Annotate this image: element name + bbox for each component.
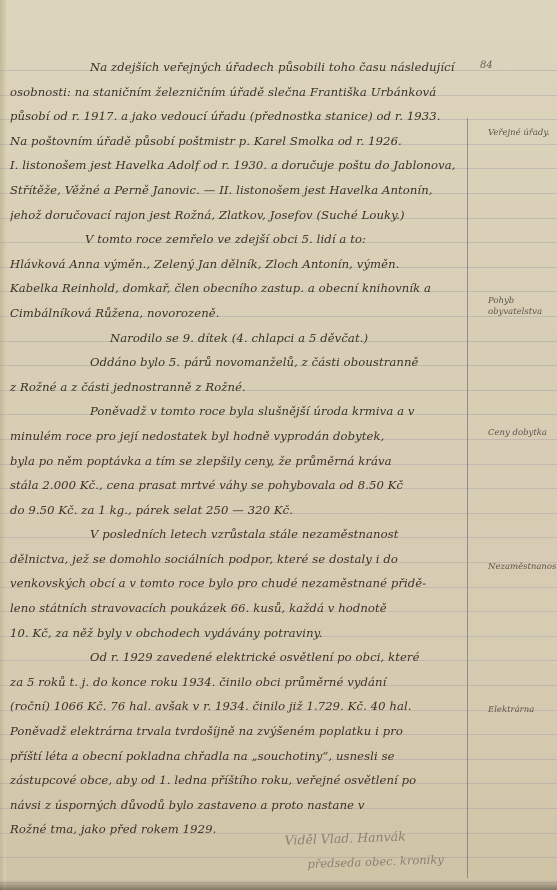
margin-note: Elektrárna (488, 705, 556, 716)
text-line: zástupcové obce, aby od 1. ledna příštíh… (10, 768, 465, 793)
text-line: (roční) 1066 Kč. 76 hal. avšak v r. 1934… (10, 694, 465, 719)
text-line: osobnosti: na staničním železničním úřad… (10, 80, 465, 105)
text-line: za 5 roků t. j. do konce roku 1934. čini… (10, 670, 465, 695)
margin-note: Ceny dobytka (488, 428, 556, 439)
margin-note: Nezaměstnanost (488, 562, 556, 573)
signature-title: předseda obec. kroniky (285, 847, 444, 877)
text-line: 10. Kč, za něž byly v obchodech vydávány… (10, 621, 465, 646)
text-line: byla po něm poptávka a tím se zlepšily c… (10, 449, 465, 474)
text-line: jehož doručovací rajon jest Rožná, Zlatk… (10, 203, 465, 228)
margin-rule (467, 118, 468, 878)
page-number: 84 (480, 60, 493, 71)
text-line: Od r. 1929 zavedené elektrické osvětlení… (10, 645, 465, 670)
text-line: příští léta a obecní pokladna chřadla na… (10, 744, 465, 769)
text-line: působí od r. 1917. a jako vedoucí úřadu … (10, 104, 465, 129)
text-line: Na zdejších veřejných úřadech působili t… (10, 55, 465, 80)
text-line: dělnictva, jež se domohlo sociálních pod… (10, 547, 465, 572)
chronicle-page: 84 Veřejné úřady.Pohyb obyvatelstvaCeny … (0, 0, 557, 890)
text-line: Poněvadž elektrárna trvala tvrdošíjně na… (10, 719, 465, 744)
text-line: Kabelka Reinhold, domkař, člen obecního … (10, 276, 465, 301)
text-line: I. listonošem jest Havelka Adolf od r. 1… (10, 153, 465, 178)
chronicle-text: Na zdejších veřejných úřadech působili t… (10, 55, 465, 842)
margin-note: Veřejné úřady. (488, 128, 556, 139)
text-line: V posledních letech vzrůstala stále neza… (10, 522, 465, 547)
ruled-line (0, 857, 557, 858)
text-line: venkovských obcí a v tomto roce bylo pro… (10, 571, 465, 596)
text-line: V tomto roce zemřelo ve zdejší obci 5. l… (10, 227, 465, 252)
text-line: Narodilo se 9. dítek (4. chlapci a 5 děv… (10, 326, 465, 351)
text-line: minulém roce pro její nedostatek byl hod… (10, 424, 465, 449)
page-bottom-shadow (0, 880, 557, 890)
text-line: Oddáno bylo 5. párů novomanželů, z části… (10, 350, 465, 375)
page-left-edge (0, 0, 6, 890)
text-line: Cimbálníková Růžena, novorozeně. (10, 301, 465, 326)
text-line: návsi z úsporných důvodů bylo zastaveno … (10, 793, 465, 818)
text-line: do 9.50 Kč. za 1 kg., párek selat 250 — … (10, 498, 465, 523)
text-line: Na poštovním úřadě působí poštmistr p. K… (10, 129, 465, 154)
text-line: leno státních stravovacích poukázek 66. … (10, 596, 465, 621)
text-line: Hlávková Anna výměn., Zelený Jan dělník,… (10, 252, 465, 277)
text-line: Poněvadž v tomto roce byla slušnější úro… (10, 399, 465, 424)
text-line: stála 2.000 Kč., cena prasat mrtvé váhy … (10, 473, 465, 498)
margin-note: Pohyb obyvatelstva (488, 296, 556, 318)
text-line: z Rožné a z části jednostranně z Rožné. (10, 375, 465, 400)
text-line: Střítěže, Věžné a Perně Janovic. — II. l… (10, 178, 465, 203)
signature: Viděl Vlad. Hanvák předseda obec. kronik… (284, 823, 444, 876)
